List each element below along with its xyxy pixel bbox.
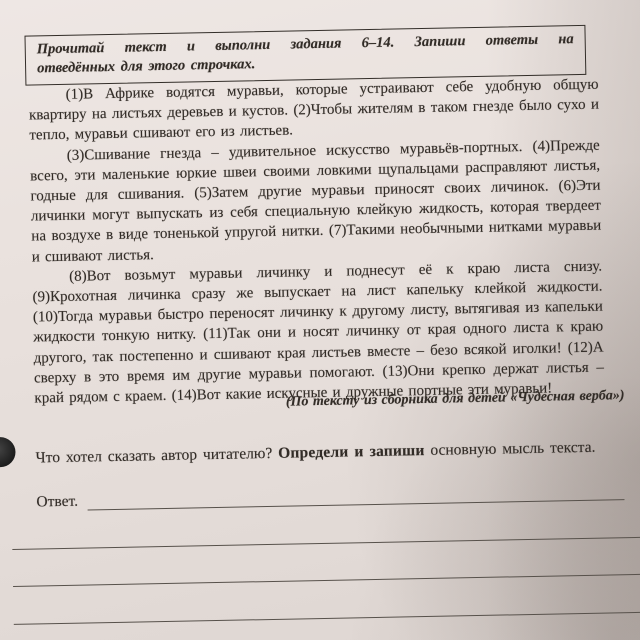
worksheet-page: Прочитай текст и выполни задания 6–14. З…: [0, 0, 640, 640]
answer-label: Ответ.: [36, 492, 78, 512]
question-text-post: основную мысль текста.: [424, 439, 595, 459]
text-paragraph-2: (3)Сшивание гнезда – удивительное искусс…: [30, 135, 602, 267]
question-text-bold: Определи и запиши: [278, 442, 425, 462]
worksheet-photo: Прочитай текст и выполни задания 6–14. З…: [0, 0, 640, 640]
answer-extra-lines: [12, 500, 640, 625]
reading-text: (1)В Африке водятся муравьи, которые уст…: [28, 75, 604, 409]
question-number-badge: [0, 437, 16, 468]
text-paragraph-3: (8)Вот возьмут муравьи личинку и поднесу…: [32, 256, 605, 408]
text-paragraph-1: (1)В Африке водятся муравьи, которые уст…: [28, 75, 599, 147]
question-text-pre: Что хотел сказать автор читателю?: [35, 445, 278, 467]
question-text: Что хотел сказать автор читателю? Опреде…: [35, 435, 595, 471]
